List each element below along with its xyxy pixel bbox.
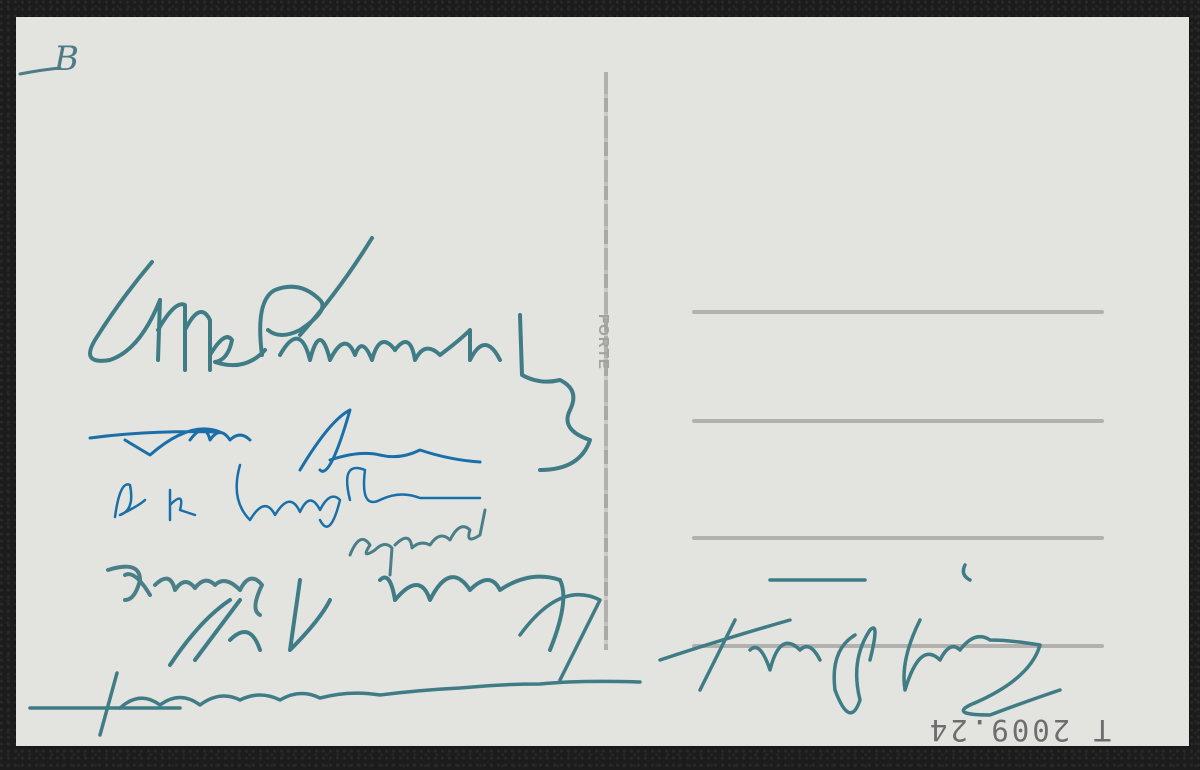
signature-8 xyxy=(660,565,1060,715)
signature-6 xyxy=(170,577,563,665)
signature-2 xyxy=(90,410,480,471)
signature-3 xyxy=(115,465,480,527)
signature-4 xyxy=(350,510,485,575)
handwriting-layer xyxy=(16,17,1189,746)
corner-mark-underline xyxy=(20,68,60,74)
signature-5 xyxy=(108,567,262,615)
signature-1 xyxy=(90,238,590,470)
accession-number: T 2009.24 xyxy=(909,707,1129,753)
postcard: B FORTE xyxy=(16,17,1189,746)
signature-7 xyxy=(30,595,640,735)
